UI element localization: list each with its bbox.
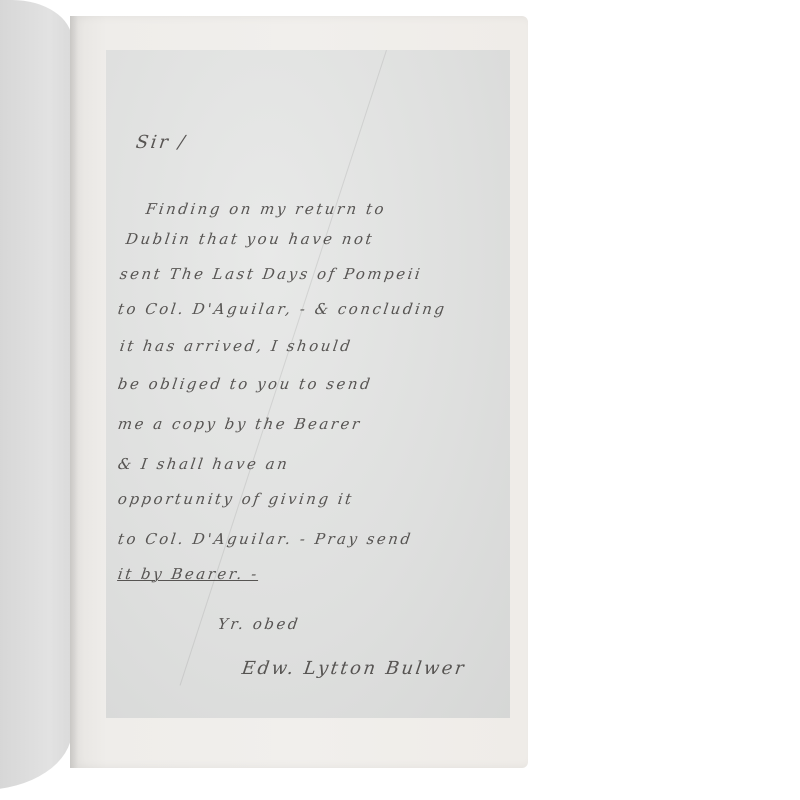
letter-salutation: Sir / — [135, 132, 189, 153]
letter-line: Finding on my return to — [145, 200, 388, 218]
letter-line: to Col. D'Aguilar. - Pray send — [117, 530, 414, 548]
letter-line: opportunity of giving it — [117, 490, 355, 508]
letter-line: be obliged to you to send — [117, 375, 374, 393]
book-gutter — [70, 16, 78, 768]
left-page — [0, 0, 72, 790]
handwritten-text: Sir / Finding on my return to Dublin tha… — [106, 50, 510, 718]
letter-line: it has arrived, I should — [119, 337, 354, 355]
letter-closing: Yr. obed — [217, 615, 302, 633]
letter-line: & I shall have an — [117, 455, 291, 473]
letter-line: Dublin that you have not — [125, 230, 376, 248]
letter-signature: Edw. Lytton Bulwer — [241, 658, 468, 679]
letter-line: sent The Last Days of Pompeii — [119, 265, 424, 283]
letter-line: it by Bearer. - — [117, 565, 260, 583]
letter-facsimile: Sir / Finding on my return to Dublin tha… — [106, 50, 510, 718]
letter-line: to Col. D'Aguilar, - & concluding — [117, 300, 448, 318]
letter-line: me a copy by the Bearer — [117, 415, 363, 433]
